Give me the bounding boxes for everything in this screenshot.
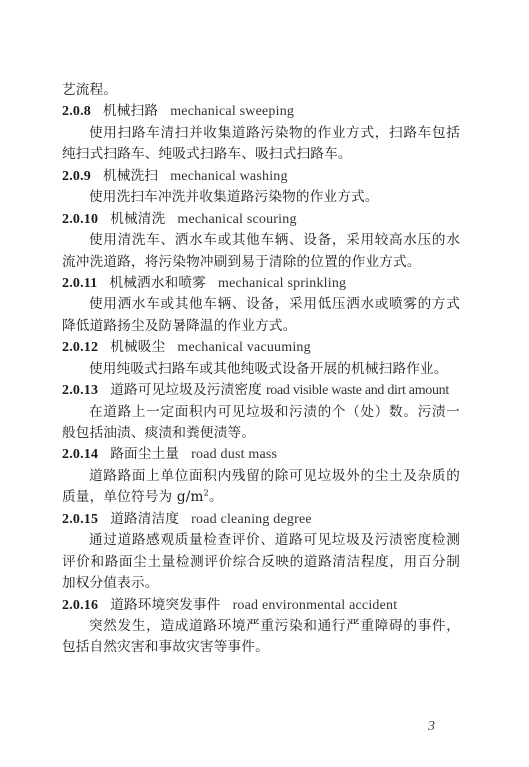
entry-heading-2-0-15: 2.0.15道路清洁度road cleaning degree xyxy=(62,509,460,530)
term-chinese: 机械洗扫 xyxy=(103,168,158,184)
entry-heading-2-0-14: 2.0.14路面尘土量road dust mass xyxy=(62,444,460,465)
entry-number: 2.0.9 xyxy=(62,169,91,184)
term-chinese: 道路可见垃圾及污渍密度 xyxy=(110,382,262,398)
term-chinese: 机械扫路 xyxy=(103,103,158,119)
term-chinese: 机械吸尘 xyxy=(110,339,165,355)
term-english: mechanical scouring xyxy=(177,212,296,227)
term-english: road dust mass xyxy=(191,447,277,462)
entry-number: 2.0.12 xyxy=(62,340,98,355)
entry-number: 2.0.10 xyxy=(62,212,98,227)
term-chinese: 道路清洁度 xyxy=(110,511,179,527)
term-english: road visible waste and dirt amount xyxy=(266,383,449,398)
term-chinese: 机械清洗 xyxy=(110,211,165,227)
definition-line: 在道路上一定面积内可见垃圾和污渍的个（处）数。污渍一 xyxy=(62,402,460,423)
definition-text: 质量，单位符号为 g/m xyxy=(62,489,204,505)
definition-line: 使用清洗车、洒水车或其他车辆、设备，采用较高水压的水 xyxy=(62,230,460,251)
definition-line: 使用洒水车或其他车辆、设备，采用低压洒水或喷雾的方式 xyxy=(62,294,460,315)
document-page: 艺流程。 2.0.8机械扫路mechanical sweeping 使用扫路车清… xyxy=(62,80,460,659)
continuation-text: 艺流程。 xyxy=(62,80,460,101)
term-english: mechanical vacuuming xyxy=(177,340,310,355)
definition-line: 纯扫式扫路车、纯吸式扫路车、吸扫式扫路车。 xyxy=(62,144,460,165)
entry-heading-2-0-9: 2.0.9机械洗扫mechanical washing xyxy=(62,166,460,187)
term-chinese: 路面尘土量 xyxy=(110,446,179,462)
definition-line: 使用纯吸式扫路车或其他纯吸式设备开展的机械扫路作业。 xyxy=(62,359,460,380)
term-english: mechanical washing xyxy=(170,169,288,184)
definition-line: 使用扫路车清扫并收集道路污染物的作业方式，扫路车包括 xyxy=(62,123,460,144)
entry-number: 2.0.14 xyxy=(62,447,98,462)
definition-line: 包括自然灾害和事故灾害等事件。 xyxy=(62,637,460,658)
entry-number: 2.0.15 xyxy=(62,512,98,527)
term-english: road cleaning degree xyxy=(191,512,312,527)
term-chinese: 道路环境突发事件 xyxy=(110,597,220,613)
definition-line: 使用洗扫车冲洗并收集道路污染物的作业方式。 xyxy=(62,187,460,208)
term-english: mechanical sprinkling xyxy=(218,276,346,291)
term-english: mechanical sweeping xyxy=(170,104,294,119)
definition-line: 通过道路感观质量检查评价、道路可见垃圾及污渍密度检测 xyxy=(62,530,460,551)
entry-number: 2.0.13 xyxy=(62,383,98,398)
entry-heading-2-0-8: 2.0.8机械扫路mechanical sweeping xyxy=(62,101,460,122)
entry-number: 2.0.8 xyxy=(62,104,91,119)
definition-line: 道路路面上单位面积内残留的除可见垃圾外的尘土及杂质的 xyxy=(62,466,460,487)
entry-heading-2-0-12: 2.0.12机械吸尘mechanical vacuuming xyxy=(62,337,460,358)
term-chinese: 机械洒水和喷雾 xyxy=(109,275,206,291)
definition-line: 评价和路面尘土量检测评价综合反映的道路清洁程度，用百分制 xyxy=(62,552,460,573)
entry-heading-2-0-11: 2.0.11机械洒水和喷雾mechanical sprinkling xyxy=(62,273,460,294)
definition-line: 加权分值表示。 xyxy=(62,573,460,594)
definition-line: 降低道路扬尘及防暑降温的作业方式。 xyxy=(62,316,460,337)
term-english: road environmental accident xyxy=(233,598,398,613)
definition-tail: 。 xyxy=(209,489,223,505)
entry-number: 2.0.16 xyxy=(62,598,98,613)
definition-line: 流冲洗道路，将污染物冲刷到易于清除的位置的作业方式。 xyxy=(62,252,460,273)
definition-line: 般包括油渍、痰渍和粪便渍等。 xyxy=(62,423,460,444)
entry-heading-2-0-10: 2.0.10机械清洗mechanical scouring xyxy=(62,209,460,230)
entry-number: 2.0.11 xyxy=(62,276,97,291)
entry-heading-2-0-13: 2.0.13道路可见垃圾及污渍密度road visible waste and … xyxy=(62,380,460,401)
definition-line: 突然发生，造成道路环境严重污染和通行严重障碍的事件， xyxy=(62,616,460,637)
page-number: 3 xyxy=(428,719,435,735)
entry-heading-2-0-16: 2.0.16道路环境突发事件road environmental acciden… xyxy=(62,595,460,616)
definition-line-with-unit: 质量，单位符号为 g/m2。 xyxy=(62,487,460,508)
